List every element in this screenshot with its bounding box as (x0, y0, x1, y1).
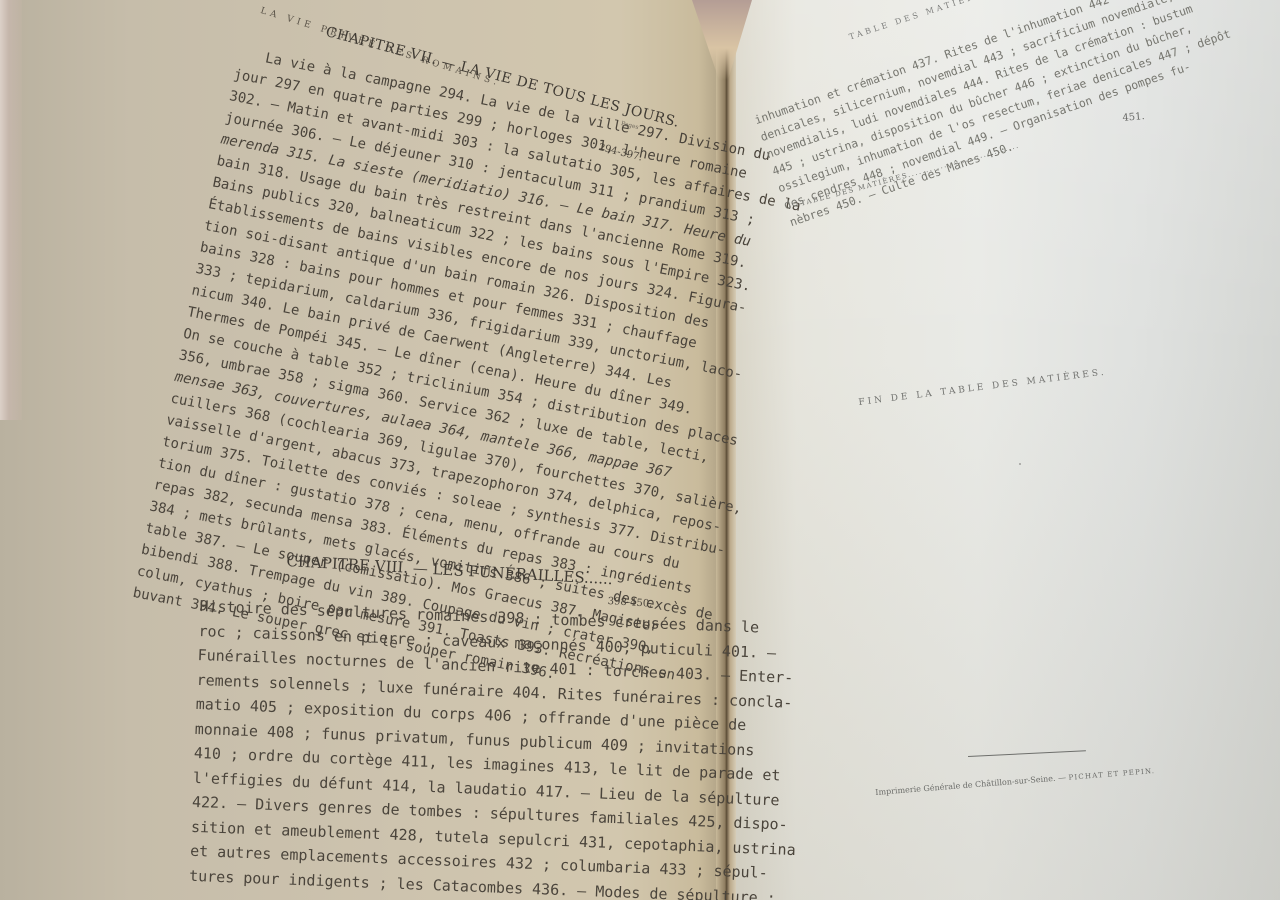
toc-entry-page: 451. (1122, 111, 1145, 124)
paper-speck (1019, 463, 1021, 465)
book-photo: LA VIE PRIVÉE DES ROMAINS. CHAPITRE VII.… (0, 0, 1280, 900)
left-page-edges (0, 0, 22, 420)
chapter-8-body: Histoire des sépultures romaines 398 : t… (189, 594, 630, 900)
